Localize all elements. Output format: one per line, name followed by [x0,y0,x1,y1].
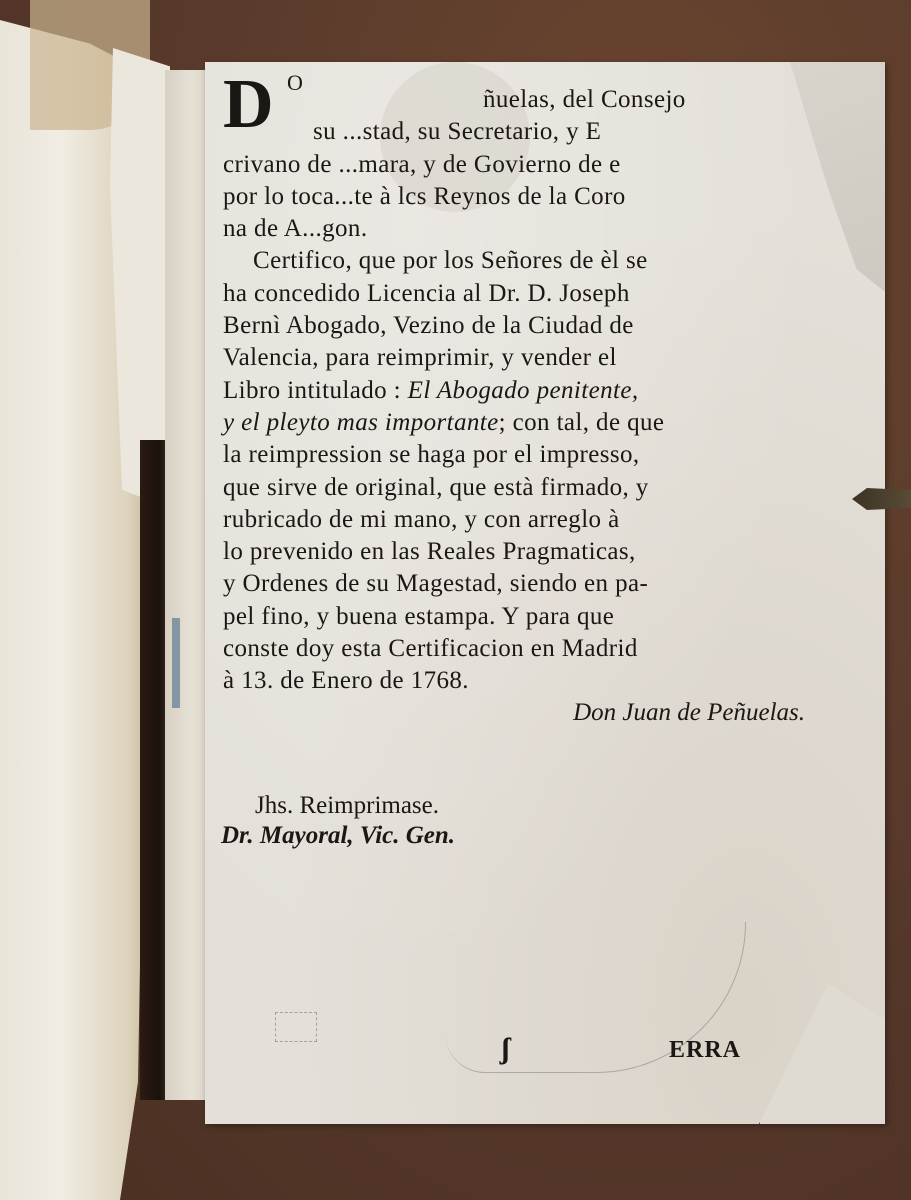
faded-stamp [275,1012,317,1042]
body-line: y el pleyto mas importante; con tal, de … [223,407,813,439]
book-title-part2: y el pleyto mas importante [223,409,499,436]
body-text: Libro intitulado : [223,377,401,404]
approval-line-2: Dr. Mayoral, Vic. Gen. [221,822,455,850]
body-line: ha concedido Licencia al Dr. D. Joseph [223,278,813,310]
signature: Don Juan de Peñuelas. [573,699,805,727]
header-line-3: crivano de ...mara, y de Govierno de e [223,149,813,181]
book-title-part1: El Abogado penitente, [408,377,639,404]
certificate-text: ñuelas, del Consejo su ...stad, su Secre… [223,84,813,698]
catchword: ERRA [669,1037,741,1064]
body-text: ; con tal, de que [499,409,665,436]
body-line: pel fino, y buena estampa. Y para que [223,601,813,633]
body-line: Valencia, para reimprimir, y vender el [223,342,813,374]
body-line: Libro intitulado : El Abogado penitente, [223,375,813,407]
header-line-4: por lo toca...te à lcs Reynos de la Coro [223,181,813,213]
body-line: y Ordenes de su Magestad, siendo en pa- [223,568,813,600]
approval-line-1: Jhs. Reimprimase. [255,792,439,820]
body-line: Certifico, que por los Señores de èl se [223,245,813,277]
body-line: rubricado de mi mano, y con arreglo à [223,504,813,536]
body-line: que sirve de original, que està firmado,… [223,472,813,504]
body-line: lo prevenido en las Reales Pragmaticas, [223,536,813,568]
body-line: Bernì Abogado, Vezino de la Ciudad de [223,310,813,342]
body-line: conste doy esta Certificacion en Madrid [223,633,813,665]
book-page: D O ñuelas, del Consejo su ...stad, su S… [205,62,885,1124]
header-line-5: na de A...gon. [223,213,813,245]
header-line-1: ñuelas, del Consejo [223,84,813,116]
body-line: la reimpression se haga por el impresso, [223,439,813,471]
blue-thread [172,618,180,708]
body-line: à 13. de Enero de 1768. [223,665,813,697]
folded-corner-bottom [759,984,885,1124]
signature-mark: ʃ [501,1032,510,1066]
header-line-2: su ...stad, su Secretario, y E [223,116,813,148]
